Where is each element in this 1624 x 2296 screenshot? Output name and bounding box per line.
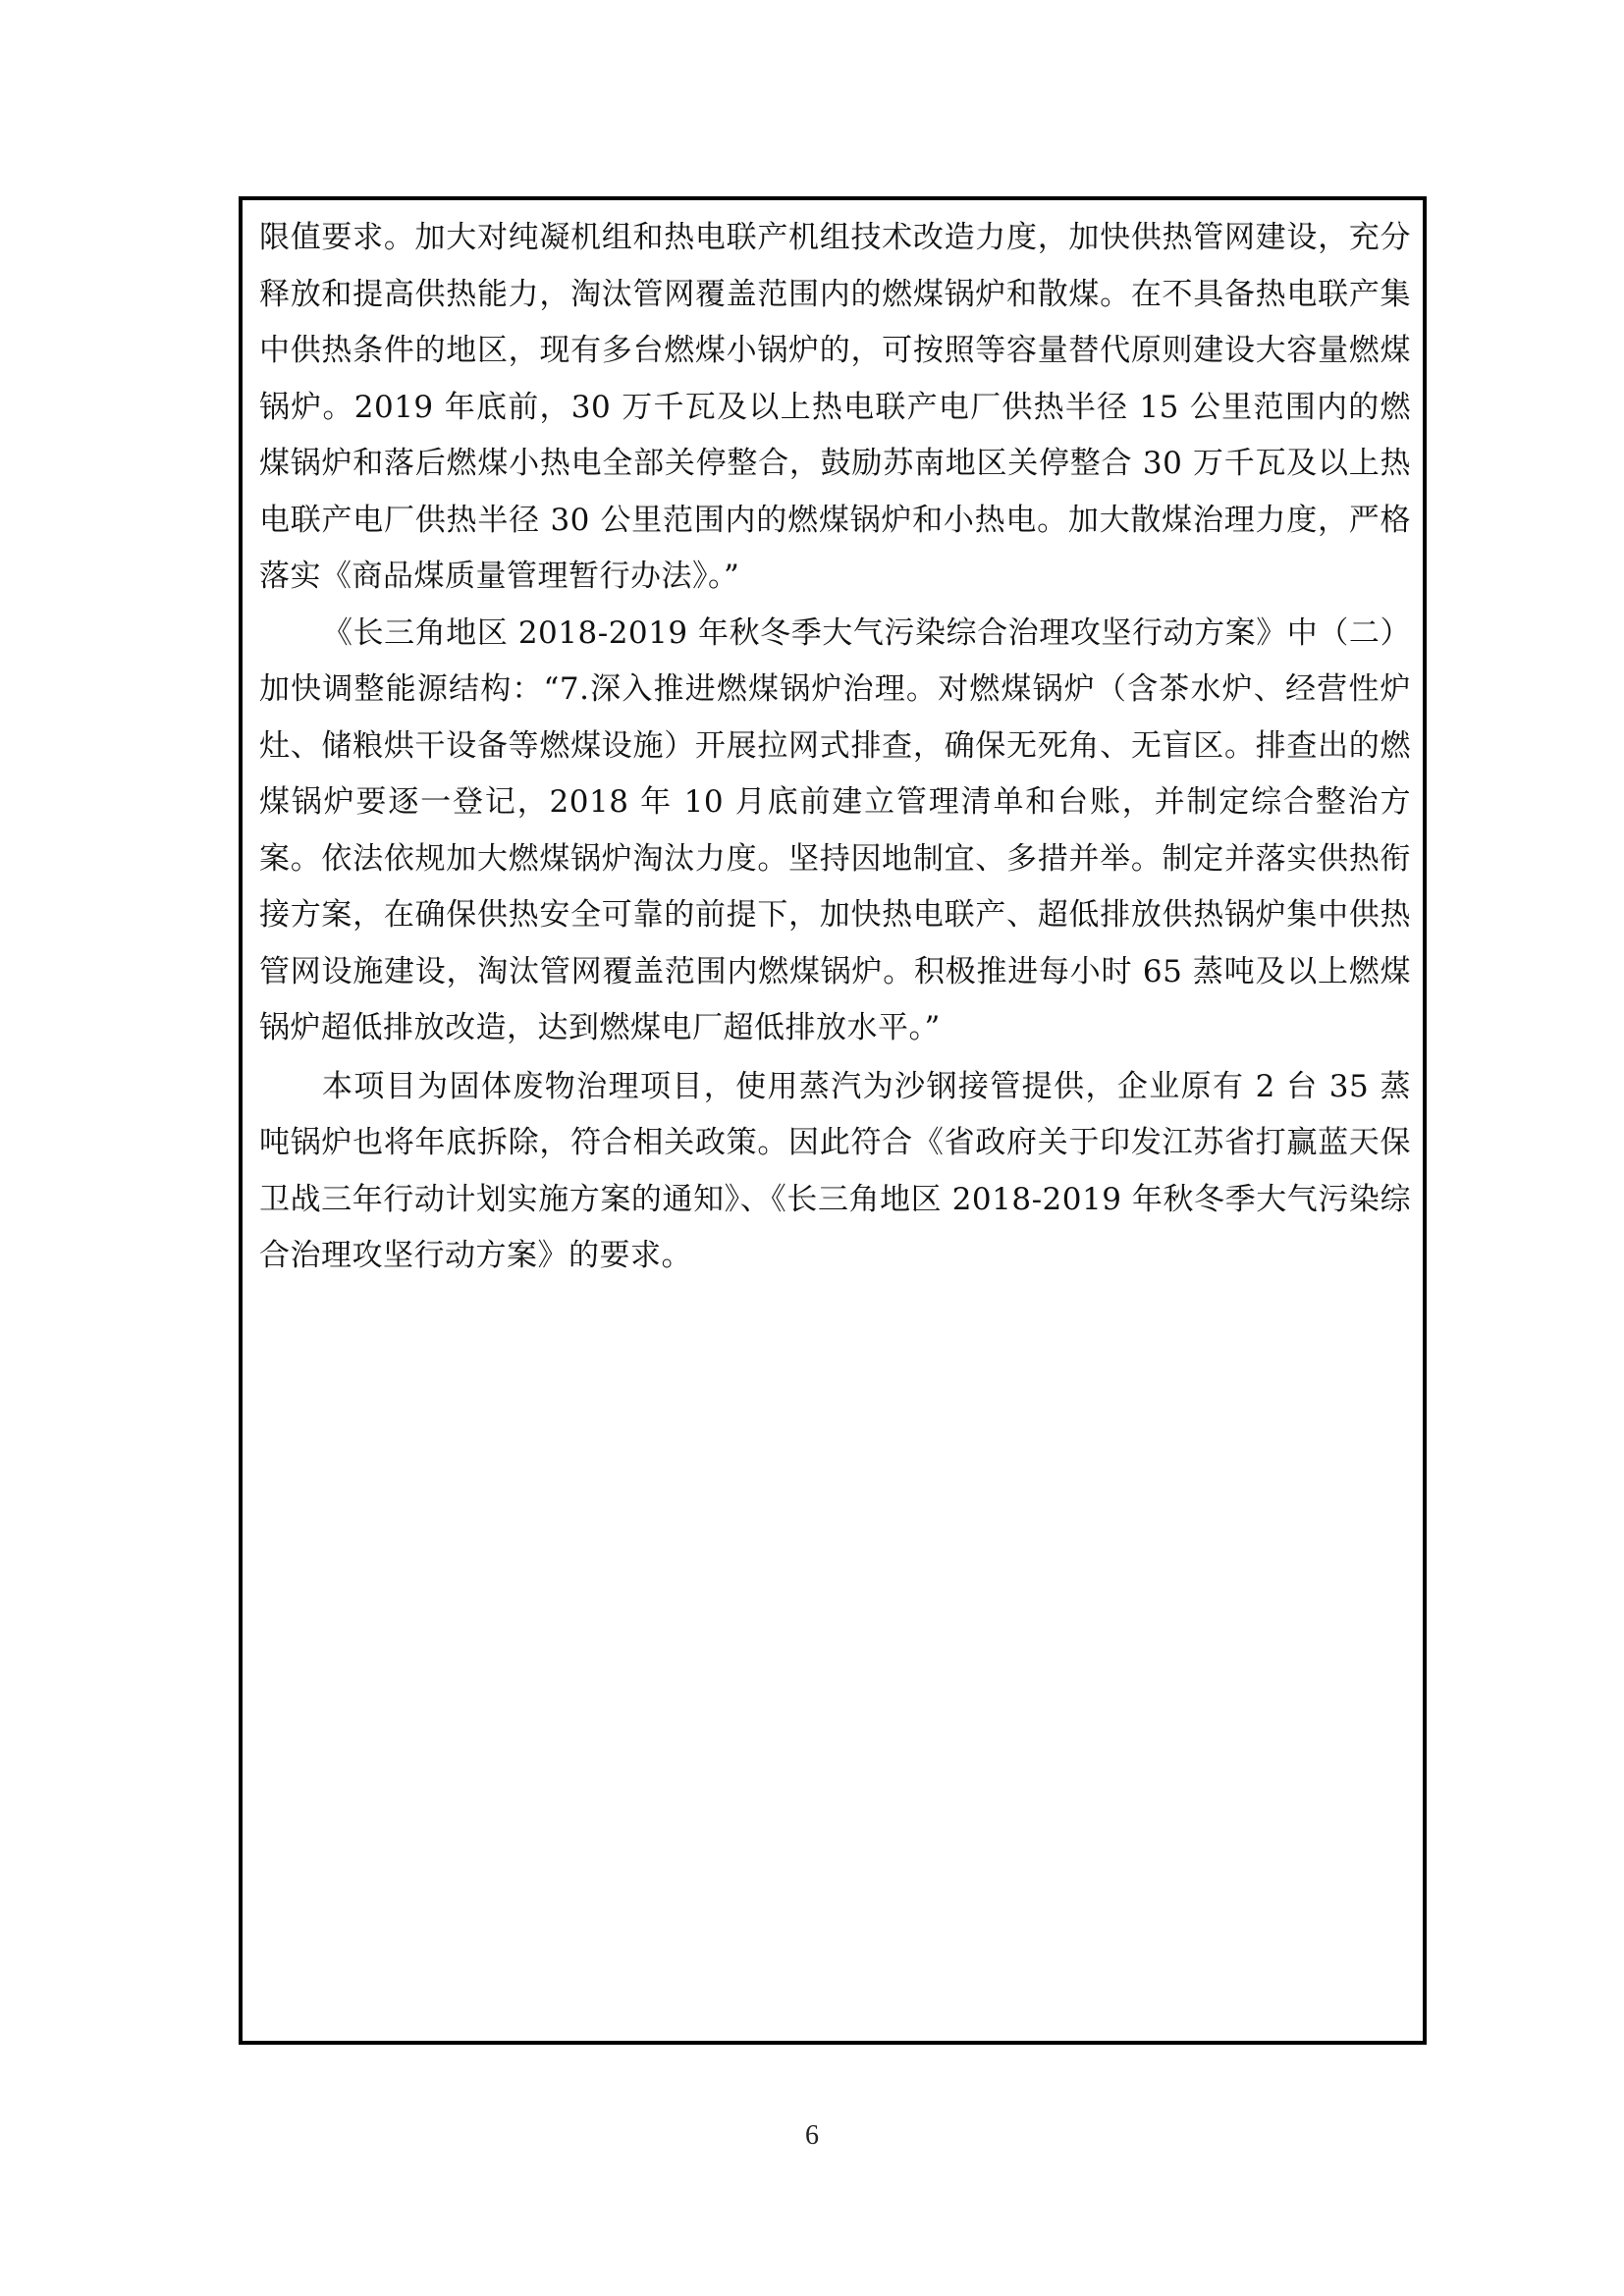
paragraph-yangtze-delta-plan: 《长三角地区 2018-2019 年秋冬季大气污染综合治理攻坚行动方案》中（二）… — [259, 606, 1411, 1057]
paragraph-project-compliance: 本项目为固体废物治理项目，使用蒸汽为沙钢接管提供，企业原有 2 台 35 蒸吨锅… — [259, 1059, 1411, 1285]
document-body: 限值要求。加大对纯凝机组和热电联产机组技术改造力度，加快供热管网建设，充分释放和… — [259, 210, 1411, 1285]
page-number: 6 — [0, 2120, 1624, 2152]
paragraph-policy-continuation: 限值要求。加大对纯凝机组和热电联产机组技术改造力度，加快供热管网建设，充分释放和… — [259, 210, 1411, 606]
content-frame: 限值要求。加大对纯凝机组和热电联产机组技术改造力度，加快供热管网建设，充分释放和… — [239, 196, 1427, 2045]
